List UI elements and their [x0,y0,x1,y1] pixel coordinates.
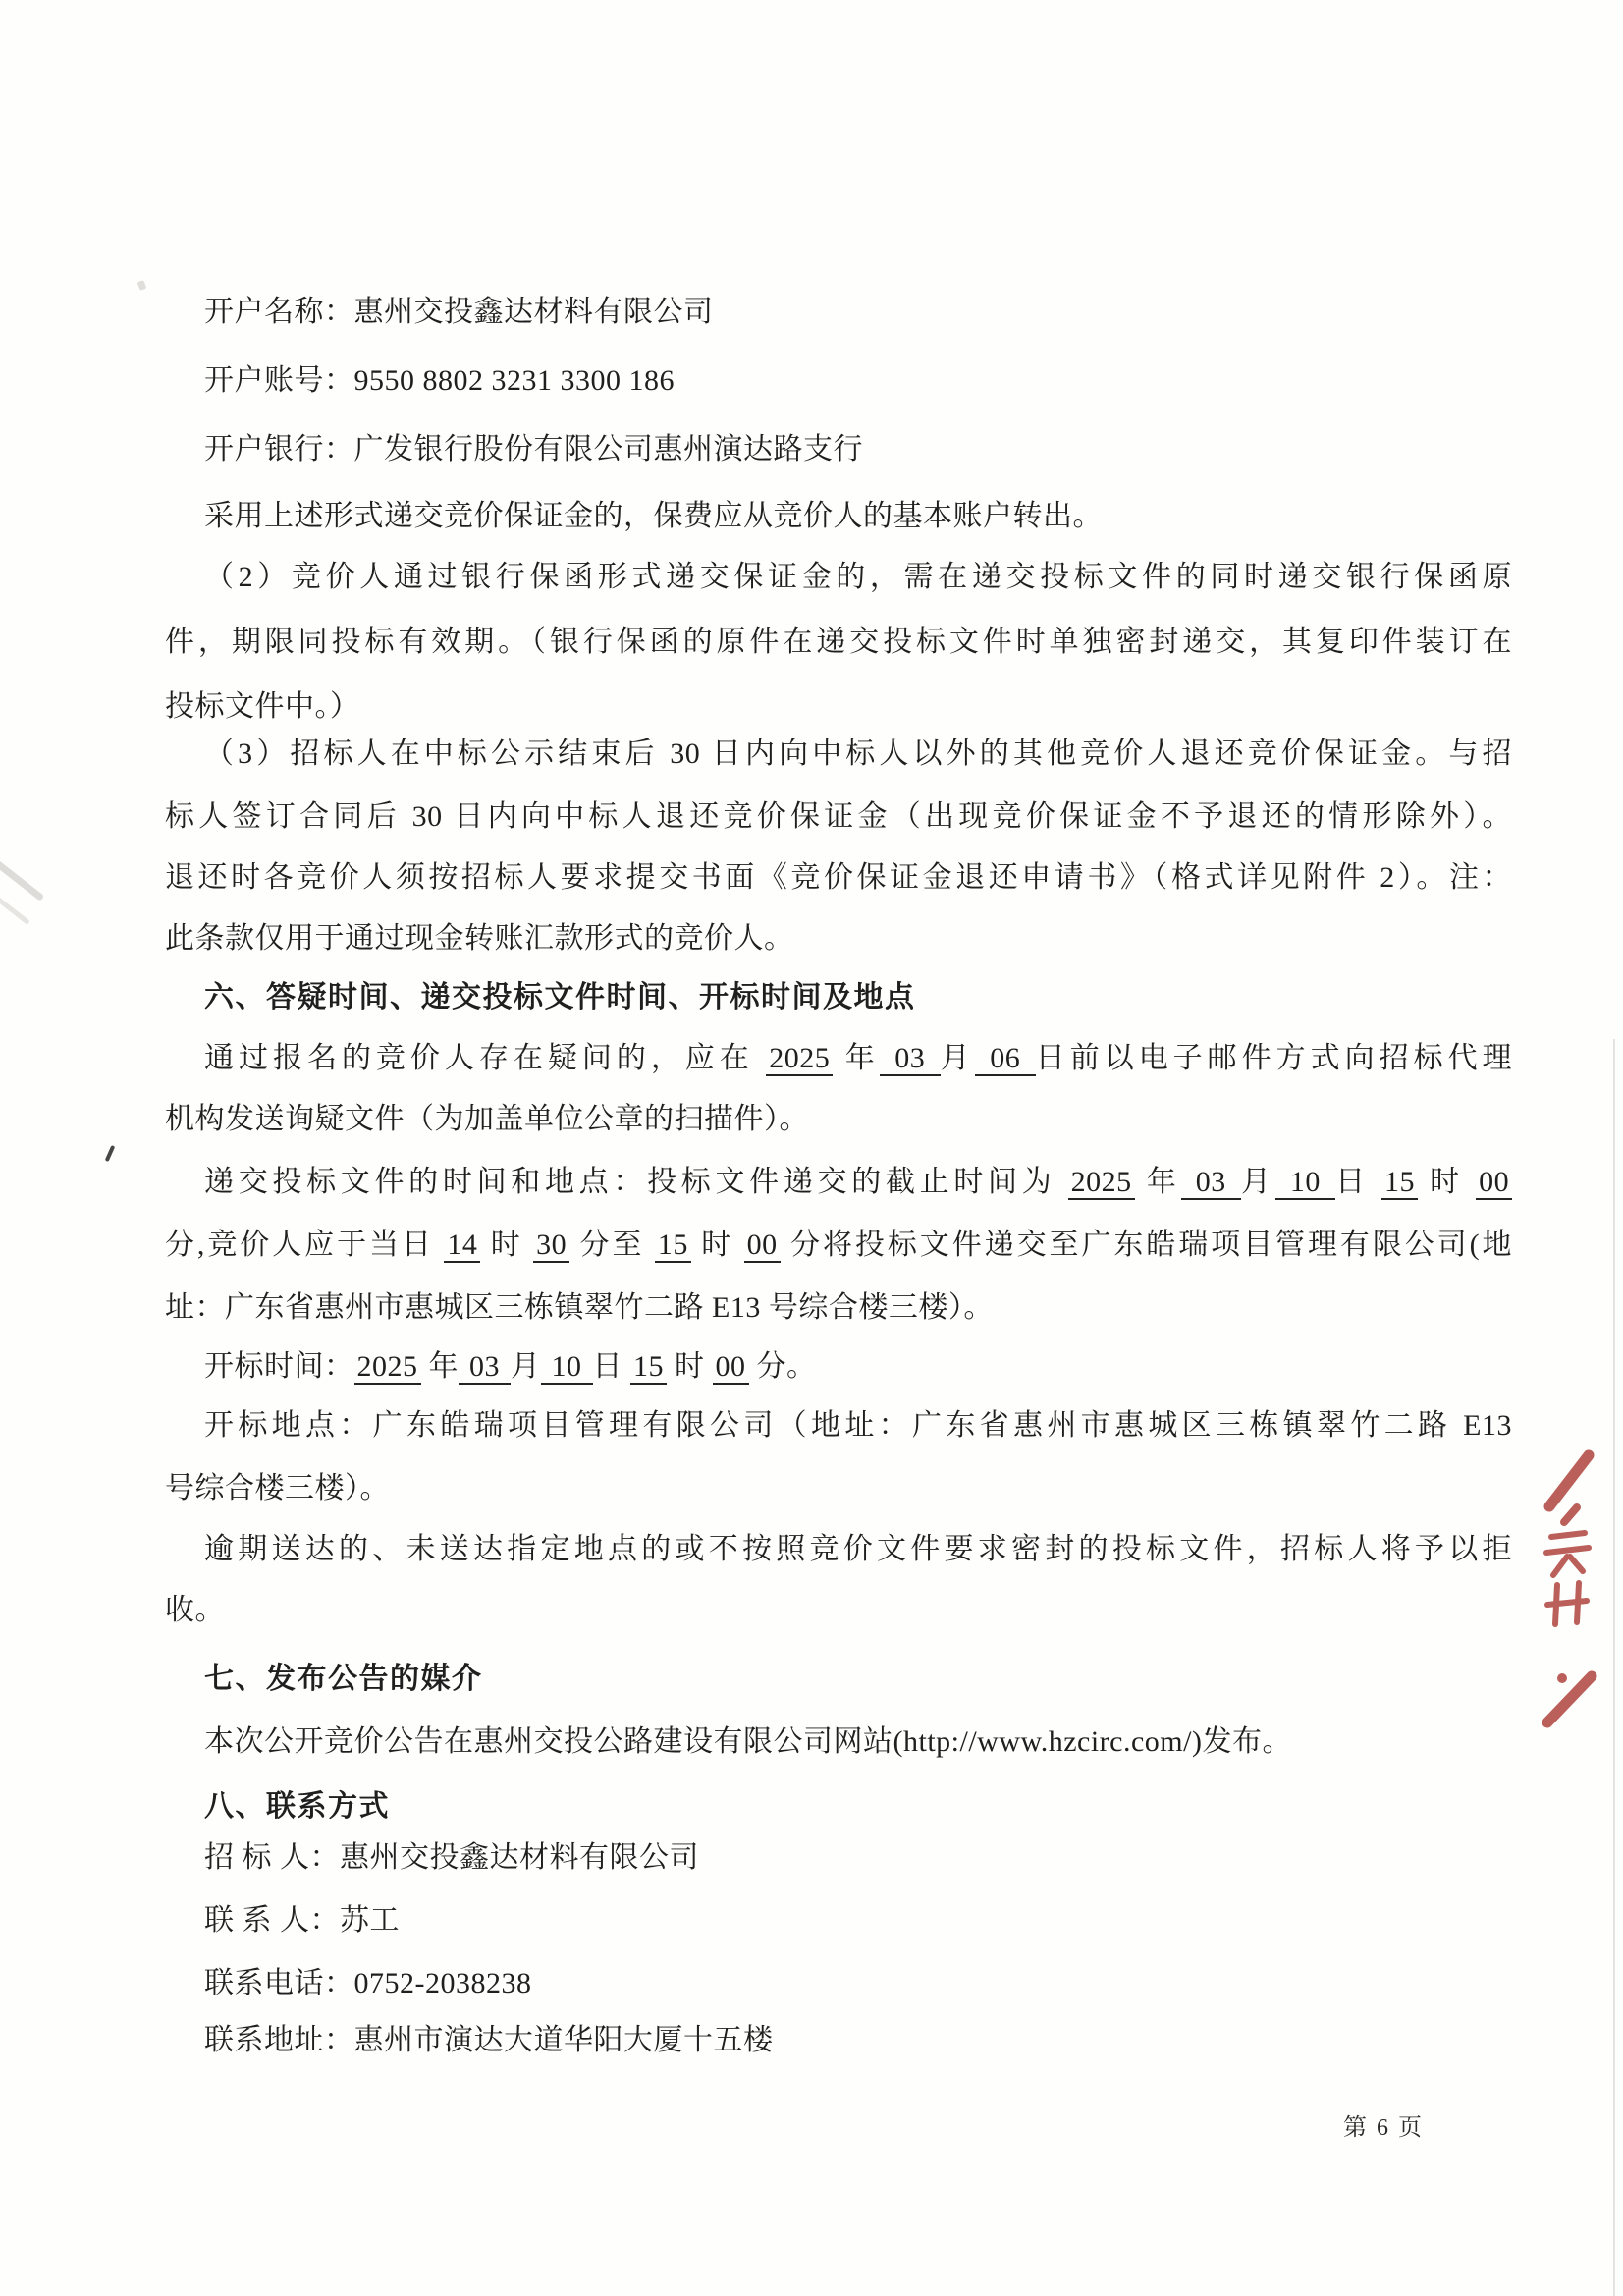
text-segment: 联系地址：惠州市演达大道华阳大厦十五楼 [204,2024,774,2056]
underlined-value: 03 [459,1350,511,1385]
text-line: 开标地点：广东皓瑞项目管理有限公司（地址：广东省惠州市惠城区三栋镇翠竹二路 E1… [204,1406,1512,1446]
text-segment: 月 [1241,1166,1275,1198]
text-line: （3）招标人在中标公示结束后 30 日内向中标人以外的其他竞价人退还竞价保证金。… [204,735,1512,774]
pen-mark [105,1145,116,1162]
underlined-value: 2025 [1068,1166,1135,1200]
text-segment: 年 [833,1042,879,1074]
underlined-value: 00 [744,1229,781,1263]
text-segment: 逾期送达的、未送达指定地点的或不按照竞价文件要求密封的投标文件，招标人将予以拒 [204,1533,1512,1565]
text-line: 本次公开竞价公告在惠州交投公路建设有限公司网站(http://www.hzcir… [204,1722,1292,1762]
underlined-value: 10 [1275,1166,1335,1200]
text-segment: 机构发送询疑文件（为加盖单位公章的扫描件）。 [165,1103,809,1135]
scan-crease [0,895,30,925]
text-line: 机构发送询疑文件（为加盖单位公章的扫描件）。 [165,1100,809,1139]
text-segment: 号综合楼三楼）。 [165,1472,390,1504]
text-segment: 分。 [749,1350,817,1383]
text-line: 开户账号：9550 8802 3231 3300 186 [204,361,675,401]
text-line: 联系地址：惠州市演达大道华阳大厦十五楼 [204,2021,774,2060]
text-segment: 时 [1418,1166,1476,1198]
underlined-value: 00 [1476,1166,1512,1200]
text-segment: 分将投标文件递交至广东皓瑞项目管理有限公司(地 [781,1229,1512,1261]
scan-speck [137,280,147,291]
text-segment: 此条款仅用于通过现金转账汇款形式的竞价人。 [165,922,794,955]
text-segment: 开户银行：广发银行股份有限公司惠州演达路支行 [204,433,863,465]
text-segment: 时 [691,1229,744,1261]
text-line: 联 系 人：苏工 [204,1901,400,1941]
underlined-value: 03 [880,1042,941,1076]
text-line: 联系电话：0752-2038238 [204,1964,532,2003]
underlined-value: 10 [541,1350,593,1385]
underlined-value: 15 [630,1350,667,1385]
underlined-value: 2025 [766,1042,833,1076]
text-segment: 开标时间： [204,1350,354,1383]
text-segment: 八、联系方式 [204,1790,390,1823]
text-segment: 日 [593,1350,631,1383]
text-segment: 日前以电子邮件方式向招标代理 [1036,1042,1512,1074]
section-heading: 七、发布公告的媒介 [204,1660,483,1699]
text-segment: 时 [480,1229,533,1261]
text-line: 逾期送达的、未送达指定地点的或不按照竞价文件要求密封的投标文件，招标人将予以拒 [204,1530,1512,1569]
section-heading: 八、联系方式 [204,1787,390,1827]
text-segment: 本次公开竞价公告在惠州交投公路建设有限公司网站(http://www.hzcir… [204,1725,1292,1758]
text-segment: 招 标 人：惠州交投鑫达材料有限公司 [204,1841,699,1874]
text-line: 采用上述形式递交竞价保证金的，保费应从竞价人的基本账户转出。 [204,497,1103,536]
text-line: （2）竞价人通过银行保函形式递交保证金的，需在递交投标文件的同时递交银行保函原 [204,558,1512,597]
underlined-value: 14 [444,1229,480,1263]
text-line: 递交投标文件的时间和地点：投标文件递交的截止时间为 2025 年 03 月 10… [204,1163,1512,1202]
scan-edge-line [1613,1039,1615,2296]
text-segment: 退还时各竞价人须按招标人要求提交书面《竞价保证金退还申请书》（格式详见附件 2）… [165,861,1512,894]
text-segment: 年 [1135,1166,1181,1198]
text-segment: 采用上述形式递交竞价保证金的，保费应从竞价人的基本账户转出。 [204,500,1103,532]
text-segment: 分至 [569,1229,655,1261]
text-segment: 时 [667,1350,713,1383]
underlined-value: 03 [1181,1166,1241,1200]
text-segment: 通过报名的竞价人存在疑问的，应在 [204,1042,766,1074]
text-line: 标人签订合同后 30 日内向中标人退还竞价保证金（出现竞价保证金不予退还的情形除… [165,797,1512,837]
section-heading: 六、答疑时间、递交投标文件时间、开标时间及地点 [204,978,916,1017]
document-page: 联系地址：惠州市演达大道华阳大厦十五楼联系电话：0752-2038238联 系 … [0,0,1623,2296]
text-segment: 开户账号：9550 8802 3231 3300 186 [204,364,675,397]
text-line: 招 标 人：惠州交投鑫达材料有限公司 [204,1838,699,1878]
text-line: 开户名称：惠州交投鑫达材料有限公司 [204,293,714,332]
text-line: 开标时间：2025 年 03 月 10 日 15 时 00 分。 [204,1347,817,1387]
text-line: 址：广东省惠州市惠城区三栋镇翠竹二路 E13 号综合楼三楼）。 [165,1288,994,1328]
underlined-value: 15 [655,1229,691,1263]
text-segment: （2）竞价人通过银行保函形式递交保证金的，需在递交投标文件的同时递交银行保函原 [204,561,1512,593]
text-segment: 联 系 人：苏工 [204,1904,400,1937]
text-segment: 收。 [165,1594,225,1626]
text-segment: 月 [941,1042,975,1074]
text-segment: 分,竞价人应于当日 [165,1229,444,1261]
underlined-value: 06 [975,1042,1036,1076]
text-segment: 标人签订合同后 30 日内向中标人退还竞价保证金（出现竞价保证金不予退还的情形除… [165,800,1512,833]
page-number: 第 6 页 [1343,2107,1424,2142]
text-segment: 联系电话：0752-2038238 [204,1967,532,1999]
text-line: 此条款仅用于通过现金转账汇款形式的竞价人。 [165,919,794,958]
underlined-value: 30 [533,1229,569,1263]
text-line: 开户银行：广发银行股份有限公司惠州演达路支行 [204,430,863,469]
text-segment: 年 [421,1350,460,1383]
text-segment: 七、发布公告的媒介 [204,1663,483,1695]
scan-crease [0,857,44,902]
text-segment: 日 [1335,1166,1381,1198]
text-segment: 六、答疑时间、递交投标文件时间、开标时间及地点 [204,981,916,1013]
text-segment: 递交投标文件的时间和地点：投标文件递交的截止时间为 [204,1166,1068,1198]
text-segment: 投标文件中。） [165,690,360,723]
underlined-value: 00 [713,1350,749,1385]
text-segment: 件，期限同投标有效期。（银行保函的原件在递交投标文件时单独密封递交，其复印件装订… [165,626,1512,658]
text-segment: 址：广东省惠州市惠城区三栋镇翠竹二路 E13 号综合楼三楼）。 [165,1291,994,1324]
text-segment: 开标地点：广东皓瑞项目管理有限公司（地址：广东省惠州市惠城区三栋镇翠竹二路 E1… [204,1409,1512,1442]
text-line: 分,竞价人应于当日 14 时 30 分至 15 时 00 分将投标文件递交至广东… [165,1226,1512,1265]
text-line: 件，期限同投标有效期。（银行保函的原件在递交投标文件时单独密封递交，其复印件装订… [165,623,1512,662]
text-line: 收。 [165,1591,225,1630]
text-line: 通过报名的竞价人存在疑问的，应在 2025 年 03 月 06 日前以电子邮件方… [204,1039,1512,1078]
red-seal-fragment [1538,1436,1623,1730]
text-line: 号综合楼三楼）。 [165,1469,390,1508]
text-segment: 月 [511,1350,541,1383]
underlined-value: 2025 [354,1350,421,1385]
text-line: 退还时各竞价人须按招标人要求提交书面《竞价保证金退还申请书》（格式详见附件 2）… [165,858,1512,898]
text-segment: 开户名称：惠州交投鑫达材料有限公司 [204,296,714,328]
underlined-value: 15 [1381,1166,1418,1200]
text-line: 投标文件中。） [165,687,360,727]
text-segment: （3）招标人在中标公示结束后 30 日内向中标人以外的其他竞价人退还竞价保证金。… [204,738,1512,770]
